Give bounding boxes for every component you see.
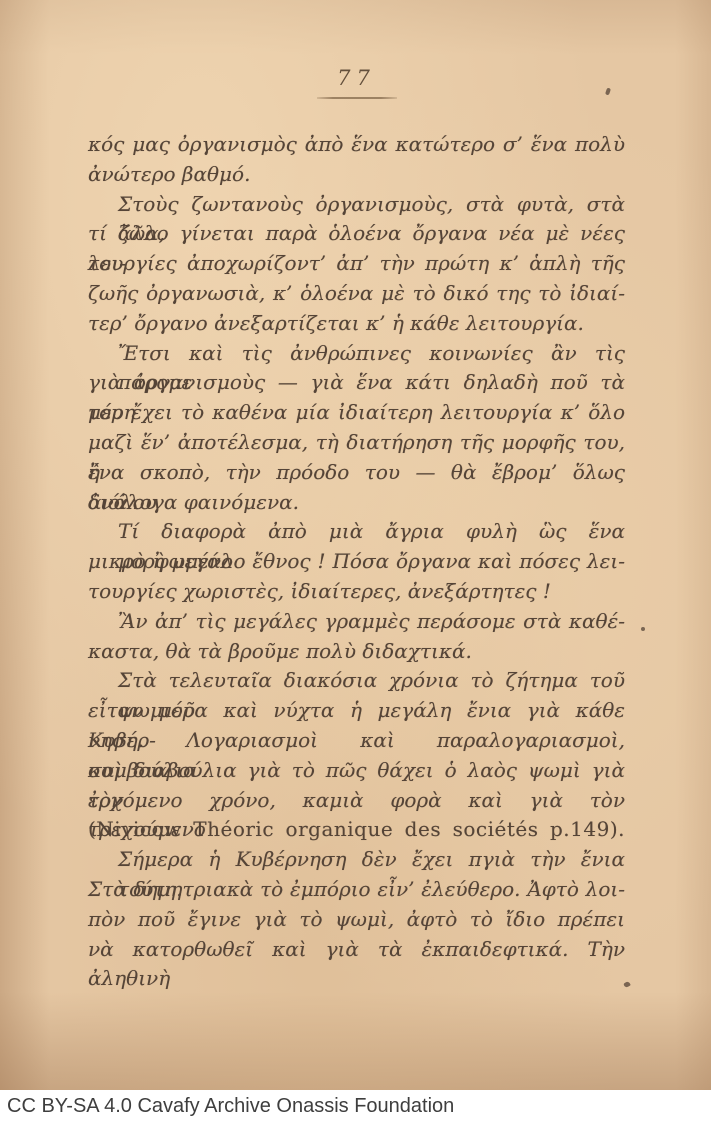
text-line: ἐρχόμενο χρόνο, καμιὰ φορὰ καὶ γιὰ τὸν τ… bbox=[88, 786, 625, 816]
text-line: ἕνα σκοπὸ, τὴν πρόοδο του — θὰ ἔβρομ’ ὅλ… bbox=[88, 458, 625, 488]
ink-speck bbox=[623, 981, 631, 988]
license-bar: CC BY-SA 4.0 Cavafy Archive Onassis Foun… bbox=[0, 1090, 711, 1123]
text-line: γιὰ ὀργανισμοὺς — γιὰ ἕνα κάτι δηλαδὴ πο… bbox=[88, 368, 625, 398]
text-line: καστα, θὰ τὰ βροῦμε πολὺ διδαχτικά. bbox=[88, 637, 625, 667]
text-line: τερ’ ὄργανο ἀνεξαρτίζεται κ’ ἡ κάθε λειτ… bbox=[88, 309, 625, 339]
text-line: Σήμερα ἡ Κυβέρνηση δὲν ἔχει πγιὰ τὴν ἔνι… bbox=[88, 845, 625, 875]
text-line: τουργίες χωριστὲς, ἰδιαίτερες, ἀνεξάρτητ… bbox=[88, 577, 625, 607]
text-line: εἶταν μέρα καὶ νύχτα ἡ μεγάλη ἔνια γιὰ κ… bbox=[88, 696, 625, 726]
license-text: CC BY-SA 4.0 Cavafy Archive Onassis Foun… bbox=[7, 1095, 454, 1118]
text-line: νὰ κατορθωθεῖ καὶ γιὰ τὰ ἐκπαιδεφτικά. Τ… bbox=[88, 935, 625, 965]
text-line: ἀνώτερο βαθμό. bbox=[88, 160, 625, 190]
text-line: του ἔχει τὸ καθένα μία ἰδιαίτερη λειτουρ… bbox=[88, 398, 625, 428]
text-line: Στοὺς ζωντανοὺς ὀργανισμοὺς, στὰ φυτὰ, σ… bbox=[88, 190, 625, 220]
page-header: 77 bbox=[88, 66, 625, 99]
page-number-rule bbox=[317, 97, 397, 99]
text-line: πὸν ποῦ ἔγινε γιὰ τὸ ψωμὶ, ἀφτὸ τὸ ἴδιο … bbox=[88, 905, 625, 935]
text-line: Στὰ δημητριακὰ τὸ ἐμπόριο εἶν’ ἐλεύθερο.… bbox=[88, 875, 625, 905]
book-page: 77 κός μας ὀργανισμὸς ἀπὸ ἕνα κατώτερο σ… bbox=[0, 0, 711, 1090]
text-line: Ἂν ἀπ’ τὶς μεγάλες γραμμὲς περάσομε στὰ … bbox=[88, 607, 625, 637]
text-line: ἀνάλογα φαινόμενα. bbox=[88, 488, 625, 518]
text-line: καὶ διαβούλια γιὰ τὸ πῶς θάχει ὁ λαὸς ψω… bbox=[88, 756, 625, 786]
text-line: ζωῆς ὀργανωσιὰ, κ’ ὁλοένα μὲ τὸ δικό της… bbox=[88, 279, 625, 309]
text-line: Στὰ τελευταῖα διακόσια χρόνια τὸ ζήτημα … bbox=[88, 666, 625, 696]
text-line: μαζὶ ἕν’ ἀποτέλεσμα, τὴ διατήρηση τῆς μο… bbox=[88, 428, 625, 458]
ink-speck bbox=[641, 627, 645, 631]
text-line: τί ἄλλο γίνεται παρὰ ὁλοένα ὄργανα νέα μ… bbox=[88, 219, 625, 249]
text-line: Τί διαφορὰ ἀπὸ μιὰ ἄγρια φυλὴ ὣς ἕνα μορ… bbox=[88, 517, 625, 547]
page-text: κός μας ὀργανισμὸς ἀπὸ ἕνα κατώτερο σ’ ἕ… bbox=[88, 130, 625, 964]
page-number: 77 bbox=[88, 66, 625, 90]
text-line: τουργίες ἀποχωρίζοντ’ ἀπ’ τὴν πρώτη κ’ ἁ… bbox=[88, 249, 625, 279]
text-line: Ἔτσι καὶ τὶς ἀνθρώπινες κοινωνίες ἂν τὶς… bbox=[88, 339, 625, 369]
text-line: νηση. Λογαριασμοὶ καὶ παραλογαριασμοὶ, σ… bbox=[88, 726, 625, 756]
text-line: μικρὸ ἢ μεγάλο ἔθνος ! Πόσα ὄργανα καὶ π… bbox=[88, 547, 625, 577]
text-line: (Nivicow Théoric organique des sociétés … bbox=[88, 815, 625, 845]
text-line: κός μας ὀργανισμὸς ἀπὸ ἕνα κατώτερο σ’ ἕ… bbox=[88, 130, 625, 160]
